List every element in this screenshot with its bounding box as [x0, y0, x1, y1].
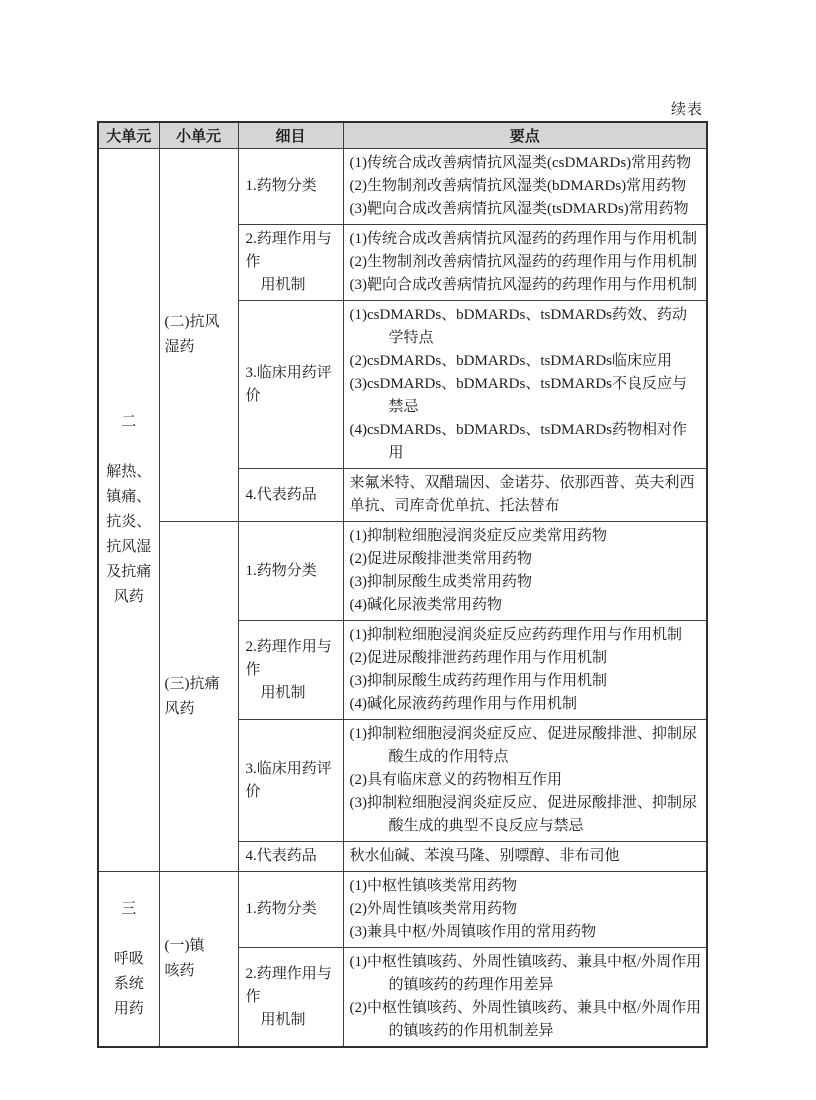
detail-cell: 4.代表药品	[238, 469, 343, 522]
keypoint: (3)靶向合成改善病情抗风湿药的药理作用与作用机制	[350, 274, 703, 297]
header-minor-unit: 小单元	[159, 122, 238, 149]
keypoints-cell: (1)传统合成改善病情抗风湿类(csDMARDs)常用药物 (2)生物制剂改善病…	[343, 149, 707, 225]
keypoint: (2)生物制剂改善病情抗风湿药的药理作用与作用机制	[350, 251, 703, 274]
detail-cell: 2.药理作用与作 用机制	[238, 225, 343, 301]
keypoint: (2)外周性镇咳类常用药物	[350, 898, 703, 921]
keypoint: (3)兼具中枢/外周镇咳作用的常用药物	[350, 921, 703, 944]
minor-unit-cell: (一)镇 咳药	[159, 872, 238, 1048]
keypoint: (3)靶向合成改善病情抗风湿类(tsDMARDs)常用药物	[350, 198, 703, 221]
detail-cell: 1.药物分类	[238, 149, 343, 225]
keypoint: (2)促进尿酸排泄药药理作用与作用机制	[350, 647, 703, 670]
keypoints-cell: 秋水仙碱、苯溴马隆、别嘌醇、非布司他	[343, 842, 707, 872]
table-header-row: 大单元 小单元 细目 要点	[98, 122, 707, 149]
detail-cell: 3.临床用药评价	[238, 720, 343, 842]
keypoint: (4)csDMARDs、bDMARDs、tsDMARDs药物相对作用	[350, 419, 703, 465]
keypoints-cell: 来氟米特、双醋瑞因、金诺芬、依那西普、英夫利西单抗、司库奇优单抗、托法替布	[343, 469, 707, 522]
keypoint: (2)中枢性镇咳药、外周性镇咳药、兼具中枢/外周作用的镇咳药的作用机制差异	[350, 997, 703, 1043]
detail-cell: 3.临床用药评价	[238, 301, 343, 469]
header-detail: 细目	[238, 122, 343, 149]
detail-cell: 1.药物分类	[238, 522, 343, 621]
keypoint: (2)促进尿酸排泄类常用药物	[350, 548, 703, 571]
keypoints-cell: (1)抑制粒细胞浸润炎症反应、促进尿酸排泄、抑制尿酸生成的作用特点 (2)具有临…	[343, 720, 707, 842]
keypoints-cell: (1)抑制粒细胞浸润炎症反应药药理作用与作用机制 (2)促进尿酸排泄药药理作用与…	[343, 621, 707, 720]
keypoints-cell: (1)传统合成改善病情抗风湿药的药理作用与作用机制 (2)生物制剂改善病情抗风湿…	[343, 225, 707, 301]
major-unit-cell: 三 呼吸 系统 用药	[98, 872, 159, 1048]
keypoints-cell: (1)中枢性镇咳药、外周性镇咳药、兼具中枢/外周作用的镇咳药的药理作用差异 (2…	[343, 948, 707, 1048]
keypoint: (1)中枢性镇咳药、外周性镇咳药、兼具中枢/外周作用的镇咳药的药理作用差异	[350, 951, 703, 997]
keypoint: 来氟米特、双醋瑞因、金诺芬、依那西普、英夫利西单抗、司库奇优单抗、托法替布	[350, 472, 703, 518]
minor-unit-cell: (二)抗风 湿药	[159, 149, 238, 522]
keypoint: (3)抑制粒细胞浸润炎症反应、促进尿酸排泄、抑制尿酸生成的典型不良反应与禁忌	[350, 792, 703, 838]
keypoints-cell: (1)抑制粒细胞浸润炎症反应类常用药物 (2)促进尿酸排泄类常用药物 (3)抑制…	[343, 522, 707, 621]
keypoint: (1)抑制粒细胞浸润炎症反应药药理作用与作用机制	[350, 624, 703, 647]
continued-table-label: 续表	[97, 98, 703, 119]
keypoint: (1)csDMARDs、bDMARDs、tsDMARDs药效、药动学特点	[350, 304, 703, 350]
major-unit-cell: 二 解热、 镇痛、 抗炎、 抗风湿 及抗痛 风药	[98, 149, 159, 872]
keypoint: 秋水仙碱、苯溴马隆、别嘌醇、非布司他	[350, 845, 703, 868]
keypoint: (2)具有临床意义的药物相互作用	[350, 769, 703, 792]
keypoint: (4)碱化尿液类常用药物	[350, 594, 703, 617]
keypoint: (1)抑制粒细胞浸润炎症反应类常用药物	[350, 525, 703, 548]
keypoint: (3)抑制尿酸生成类常用药物	[350, 571, 703, 594]
syllabus-table: 大单元 小单元 细目 要点 二 解热、 镇痛、 抗炎、 抗风湿 及抗痛 风药 (…	[97, 121, 708, 1048]
keypoint: (1)传统合成改善病情抗风湿药的药理作用与作用机制	[350, 228, 703, 251]
keypoint: (1)中枢性镇咳类常用药物	[350, 875, 703, 898]
keypoint: (3)抑制尿酸生成药药理作用与作用机制	[350, 670, 703, 693]
keypoint: (1)传统合成改善病情抗风湿类(csDMARDs)常用药物	[350, 152, 703, 175]
table-row: 二 解热、 镇痛、 抗炎、 抗风湿 及抗痛 风药 (二)抗风 湿药 1.药物分类…	[98, 149, 707, 225]
header-major-unit: 大单元	[98, 122, 159, 149]
detail-cell: 2.药理作用与作 用机制	[238, 948, 343, 1048]
keypoint: (3)csDMARDs、bDMARDs、tsDMARDs不良反应与禁忌	[350, 373, 703, 419]
table-row: 三 呼吸 系统 用药 (一)镇 咳药 1.药物分类 (1)中枢性镇咳类常用药物 …	[98, 872, 707, 948]
keypoint: (2)生物制剂改善病情抗风湿类(bDMARDs)常用药物	[350, 175, 703, 198]
table-row: (三)抗痛 风药 1.药物分类 (1)抑制粒细胞浸润炎症反应类常用药物 (2)促…	[98, 522, 707, 621]
detail-cell: 2.药理作用与作 用机制	[238, 621, 343, 720]
keypoints-cell: (1)csDMARDs、bDMARDs、tsDMARDs药效、药动学特点 (2)…	[343, 301, 707, 469]
detail-cell: 1.药物分类	[238, 872, 343, 948]
minor-unit-cell: (三)抗痛 风药	[159, 522, 238, 872]
keypoints-cell: (1)中枢性镇咳类常用药物 (2)外周性镇咳类常用药物 (3)兼具中枢/外周镇咳…	[343, 872, 707, 948]
header-keypoints: 要点	[343, 122, 707, 149]
detail-cell: 4.代表药品	[238, 842, 343, 872]
keypoint: (4)碱化尿液药药理作用与作用机制	[350, 693, 703, 716]
keypoint: (1)抑制粒细胞浸润炎症反应、促进尿酸排泄、抑制尿酸生成的作用特点	[350, 723, 703, 769]
keypoint: (2)csDMARDs、bDMARDs、tsDMARDs临床应用	[350, 350, 703, 373]
